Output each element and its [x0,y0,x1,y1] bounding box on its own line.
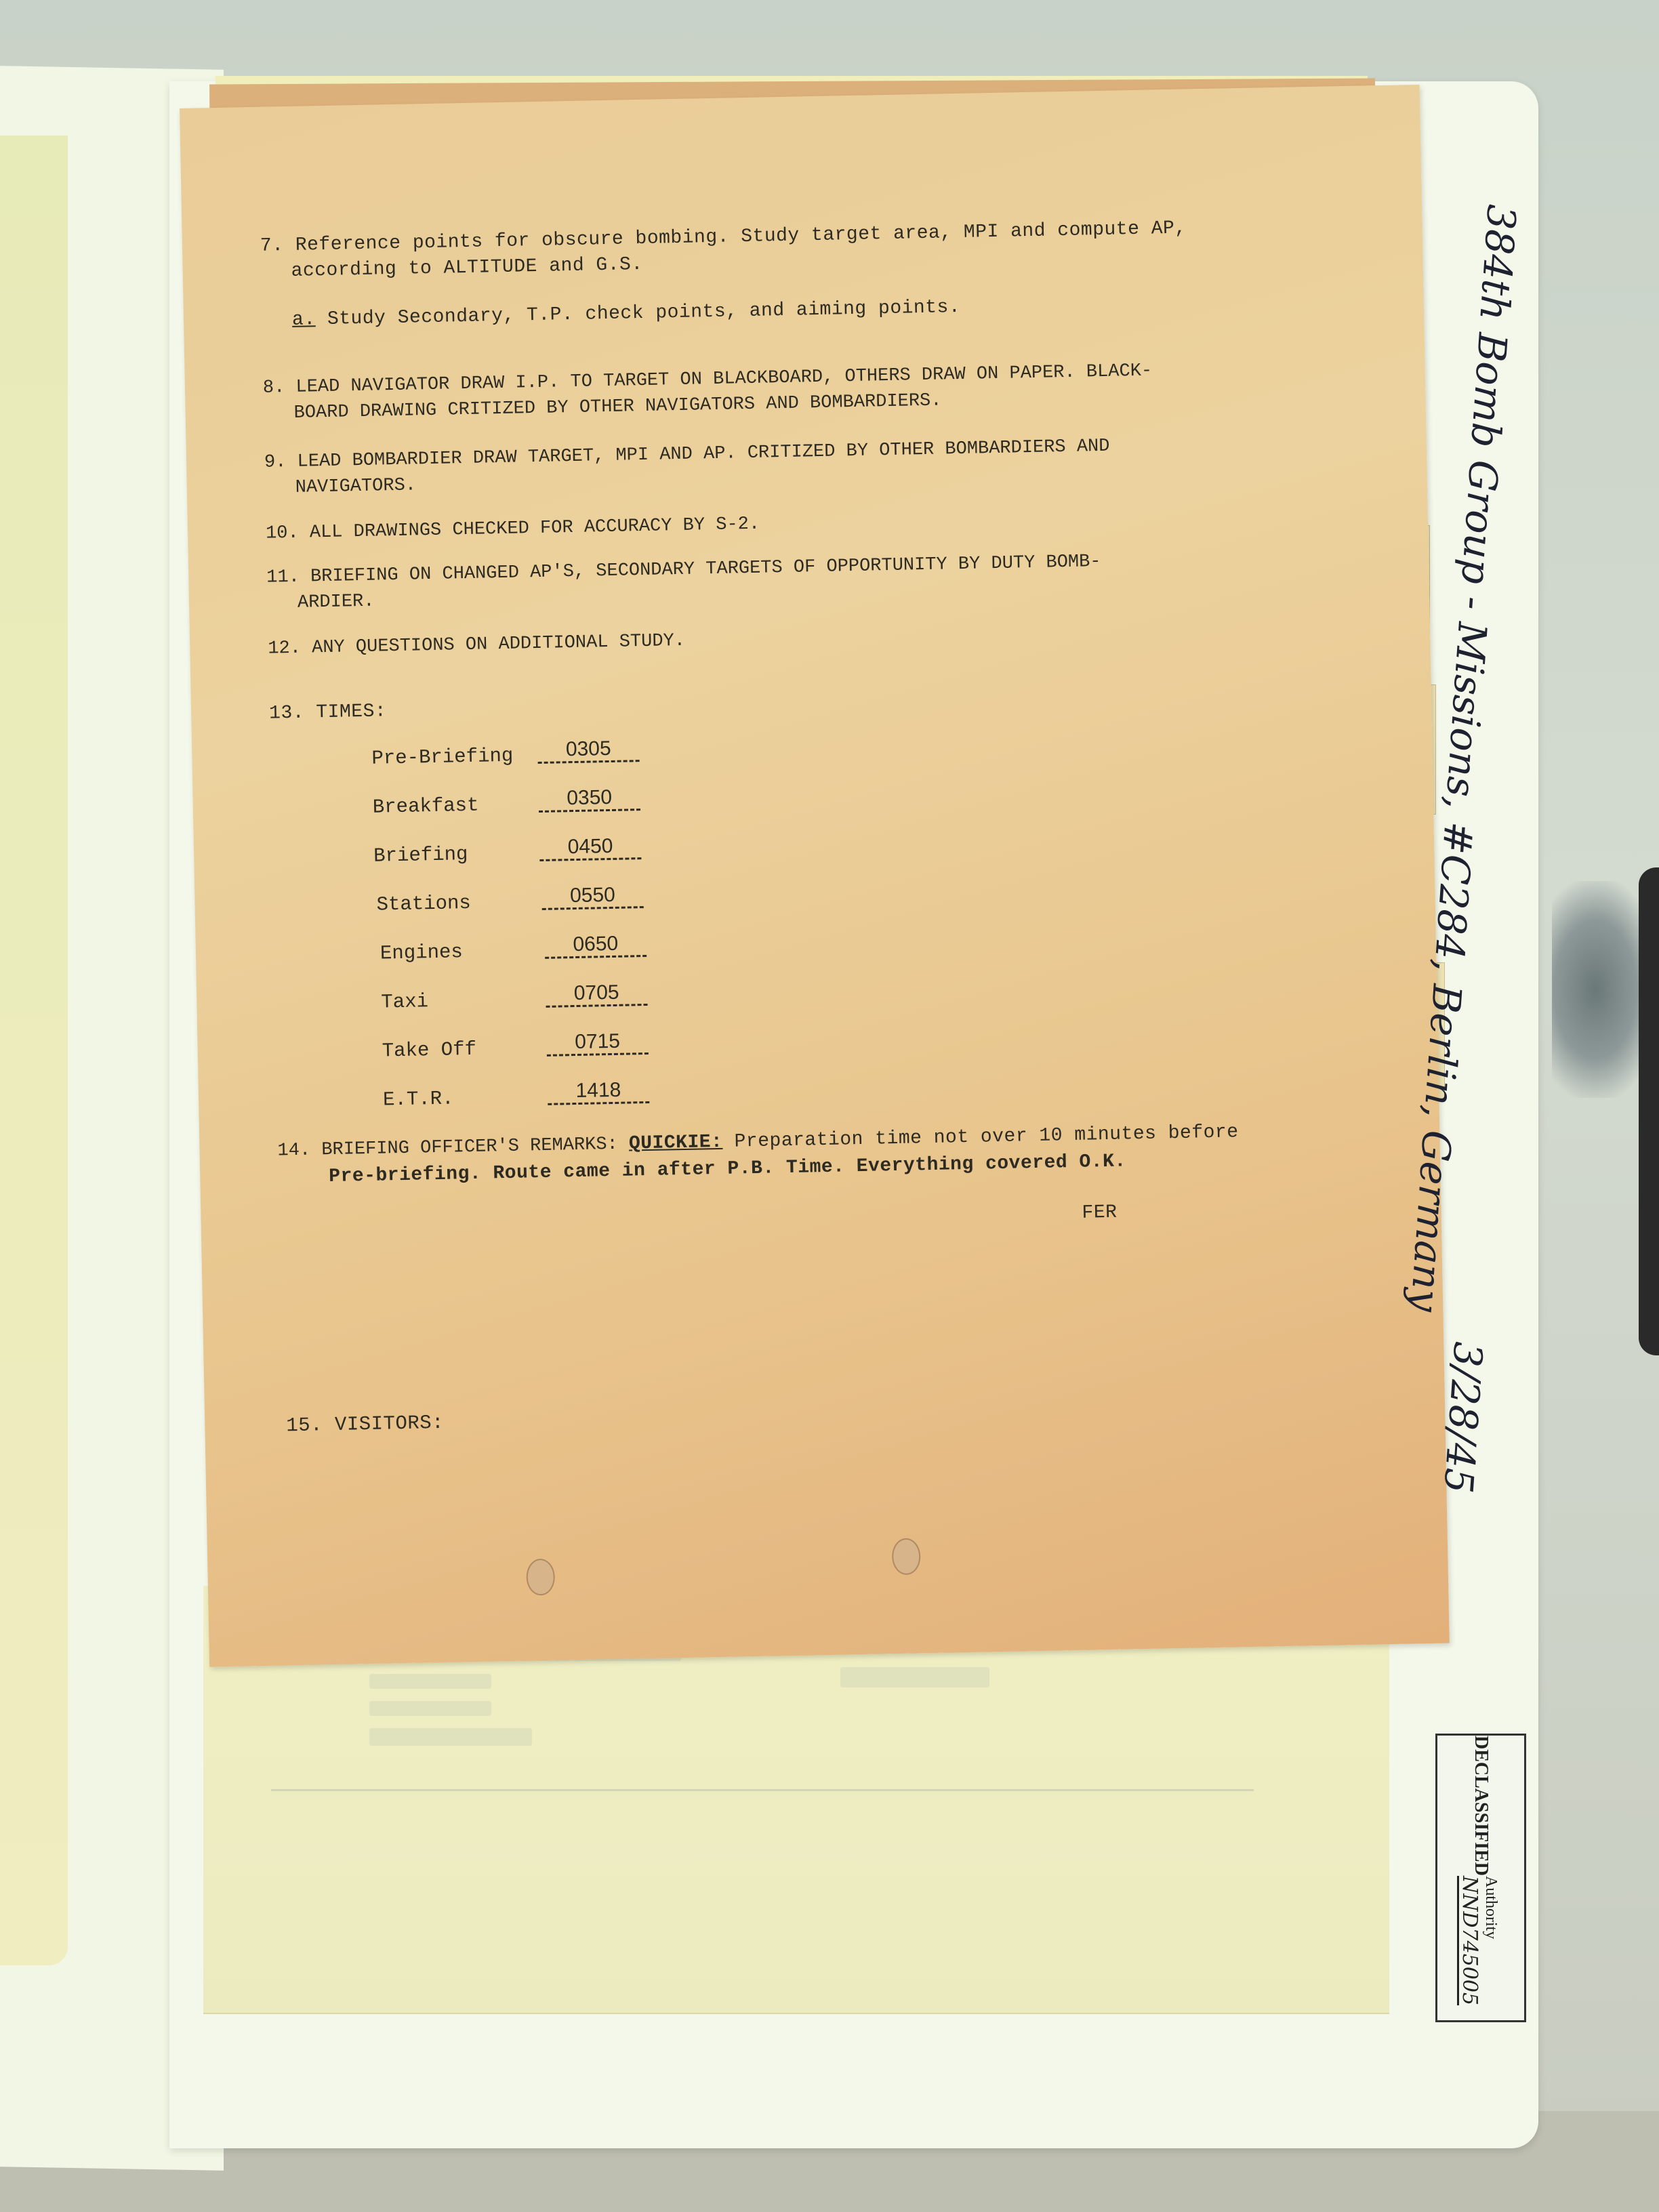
time-value: 0305 [537,737,640,764]
time-value: 1418 [548,1078,650,1105]
punch-hole [892,1538,921,1575]
device-edge [1639,867,1659,1355]
ghost-rule [271,1789,1254,1791]
time-label: Breakfast [373,794,479,819]
item-15-visitors: 15. VISITORS: [286,1412,444,1437]
initials: FER [1082,1202,1118,1224]
item-7-line2: according to ALTITUDE and G.S. [291,254,643,282]
ghost-text [369,1701,491,1716]
item-11: 11. BRIEFING ON CHANGED AP'S, SECONDARY … [266,552,1101,588]
declassified-stamp: DECLASSIFIED Authority NND745005 [1435,1734,1526,2022]
time-value: 0450 [539,834,642,861]
time-value: 0705 [546,981,648,1008]
item-11-line2: ARDIER. [298,592,375,613]
briefing-document-page: 7. Reference points for obscure bombing.… [180,85,1450,1667]
ghost-text [840,1667,989,1687]
punch-hole [526,1559,555,1596]
item-9: 9. LEAD BOMBARDIER DRAW TARGET, MPI AND … [264,436,1110,473]
time-label: Briefing [373,843,468,867]
time-label: Take Off [382,1038,476,1063]
time-label: Stations [376,892,471,916]
time-value: 0715 [546,1029,649,1057]
item-12: 12. ANY QUESTIONS ON ADDITIONAL STUDY. [268,631,685,659]
ghost-text [369,1728,532,1746]
time-label: Pre-Briefing [371,745,513,770]
stamp-authority: Authority NND745005 [1458,1876,1500,2020]
item-7: 7. Reference points for obscure bombing.… [260,218,1187,257]
ghost-text [369,1674,491,1689]
time-value: 0650 [544,932,647,959]
left-paper-sheet [0,136,68,1965]
times-heading: 13. TIMES: [269,701,387,724]
item-8: 8. LEAD NAVIGATOR DRAW I.P. TO TARGET ON… [263,361,1153,398]
time-label: Engines [380,941,463,964]
time-label: E.T.R. [383,1088,454,1111]
time-label: Taxi [381,990,428,1013]
time-value: 0550 [541,883,644,910]
time-value: 0350 [538,785,640,813]
item-7a: a. Study Secondary, T.P. check points, a… [292,297,961,331]
stamp-title: DECLASSIFIED [1470,1736,1492,1876]
item-10: 10. ALL DRAWINGS CHECKED FOR ACCURACY BY… [266,514,760,544]
item-9-line2: NAVIGATORS. [295,475,416,497]
